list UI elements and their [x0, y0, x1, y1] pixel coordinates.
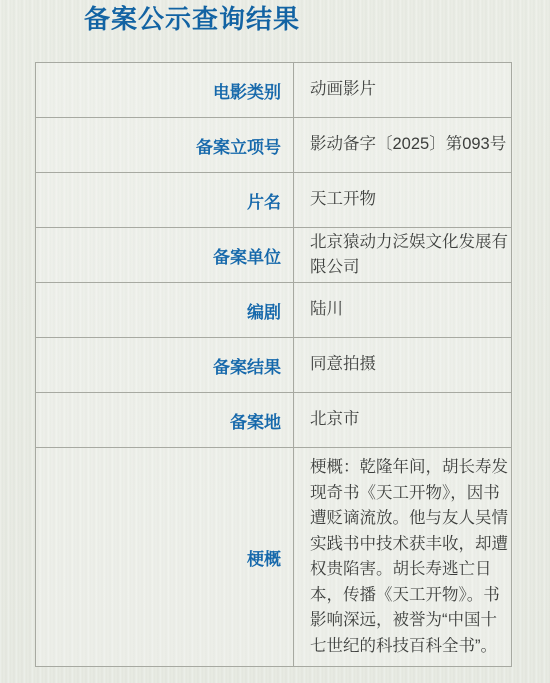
- table-row-filing-unit: 备案单位 北京猿动力泛娱文化发展有限公司: [36, 228, 511, 283]
- row-label: 编剧: [36, 283, 294, 337]
- row-label: 备案结果: [36, 338, 294, 392]
- row-label: 备案地: [36, 393, 294, 447]
- row-value: 动画影片: [294, 63, 511, 117]
- row-value: 梗概：乾隆年间，胡长寿发现奇书《天工开物》，因书遭贬谪流放。他与友人吴情实践书中…: [294, 448, 511, 666]
- page-title: 备案公示查询结果: [84, 2, 300, 36]
- row-label: 梗概: [36, 448, 294, 666]
- filing-result-table: 电影类别 动画影片 备案立项号 影动备字〔2025〕第093号 片名 天工开物 …: [35, 62, 512, 667]
- row-value: 北京市: [294, 393, 511, 447]
- row-value: 影动备字〔2025〕第093号: [294, 118, 511, 172]
- row-value: 天工开物: [294, 173, 511, 227]
- row-value: 北京猿动力泛娱文化发展有限公司: [294, 228, 511, 282]
- row-label: 备案单位: [36, 228, 294, 282]
- row-label: 片名: [36, 173, 294, 227]
- table-row-film-title: 片名 天工开物: [36, 173, 511, 228]
- row-label: 备案立项号: [36, 118, 294, 172]
- table-row-film-category: 电影类别 动画影片: [36, 63, 511, 118]
- table-row-filing-number: 备案立项号 影动备字〔2025〕第093号: [36, 118, 511, 173]
- row-label: 电影类别: [36, 63, 294, 117]
- table-row-filing-place: 备案地 北京市: [36, 393, 511, 448]
- row-value: 陆川: [294, 283, 511, 337]
- row-value: 同意拍摄: [294, 338, 511, 392]
- table-row-screenwriter: 编剧 陆川: [36, 283, 511, 338]
- table-row-synopsis: 梗概 梗概：乾隆年间，胡长寿发现奇书《天工开物》，因书遭贬谪流放。他与友人吴情实…: [36, 448, 511, 666]
- table-row-filing-result: 备案结果 同意拍摄: [36, 338, 511, 393]
